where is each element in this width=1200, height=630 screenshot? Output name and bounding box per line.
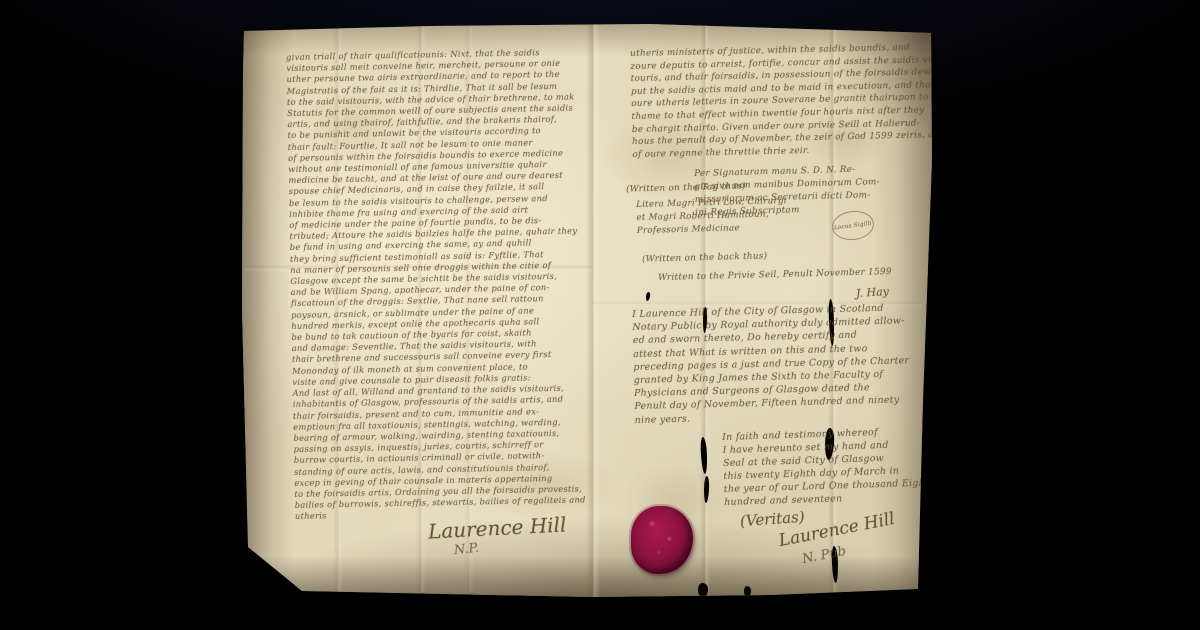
charter-closing-paragraph: utheris ministeris of justice, within th… bbox=[630, 41, 924, 161]
wax-seal bbox=[631, 506, 693, 574]
back-inscription-heading: (Written on the back thus) bbox=[642, 251, 768, 264]
clerk-signature: J. Hay bbox=[856, 285, 890, 300]
tear-mark bbox=[698, 583, 708, 598]
notary-initials-left: N.P. bbox=[453, 541, 479, 559]
document-photograph: givan triall of thair qualificatiounis: … bbox=[0, 0, 1200, 630]
charter-body-left-column: givan triall of thair qualificatiounis: … bbox=[286, 46, 595, 522]
tear-mark bbox=[744, 586, 751, 598]
testimony-clause: In faith and testimony whereofI have her… bbox=[722, 425, 924, 509]
charter-paper: givan triall of thair qualificatiounis: … bbox=[0, 0, 1200, 630]
notarial-attestation: I Laurence Hill of the City of Glasgow i… bbox=[632, 301, 923, 427]
back-inscription: Written to the Privie Seil, Penult Novem… bbox=[658, 267, 892, 283]
locus-sigilli-label: Locus Sigilli bbox=[834, 220, 873, 231]
tag-inscription: Litera Magri Petri Low, Chirurgiet Magri… bbox=[636, 194, 817, 238]
notary-title-right: N. Pub bbox=[801, 544, 847, 567]
